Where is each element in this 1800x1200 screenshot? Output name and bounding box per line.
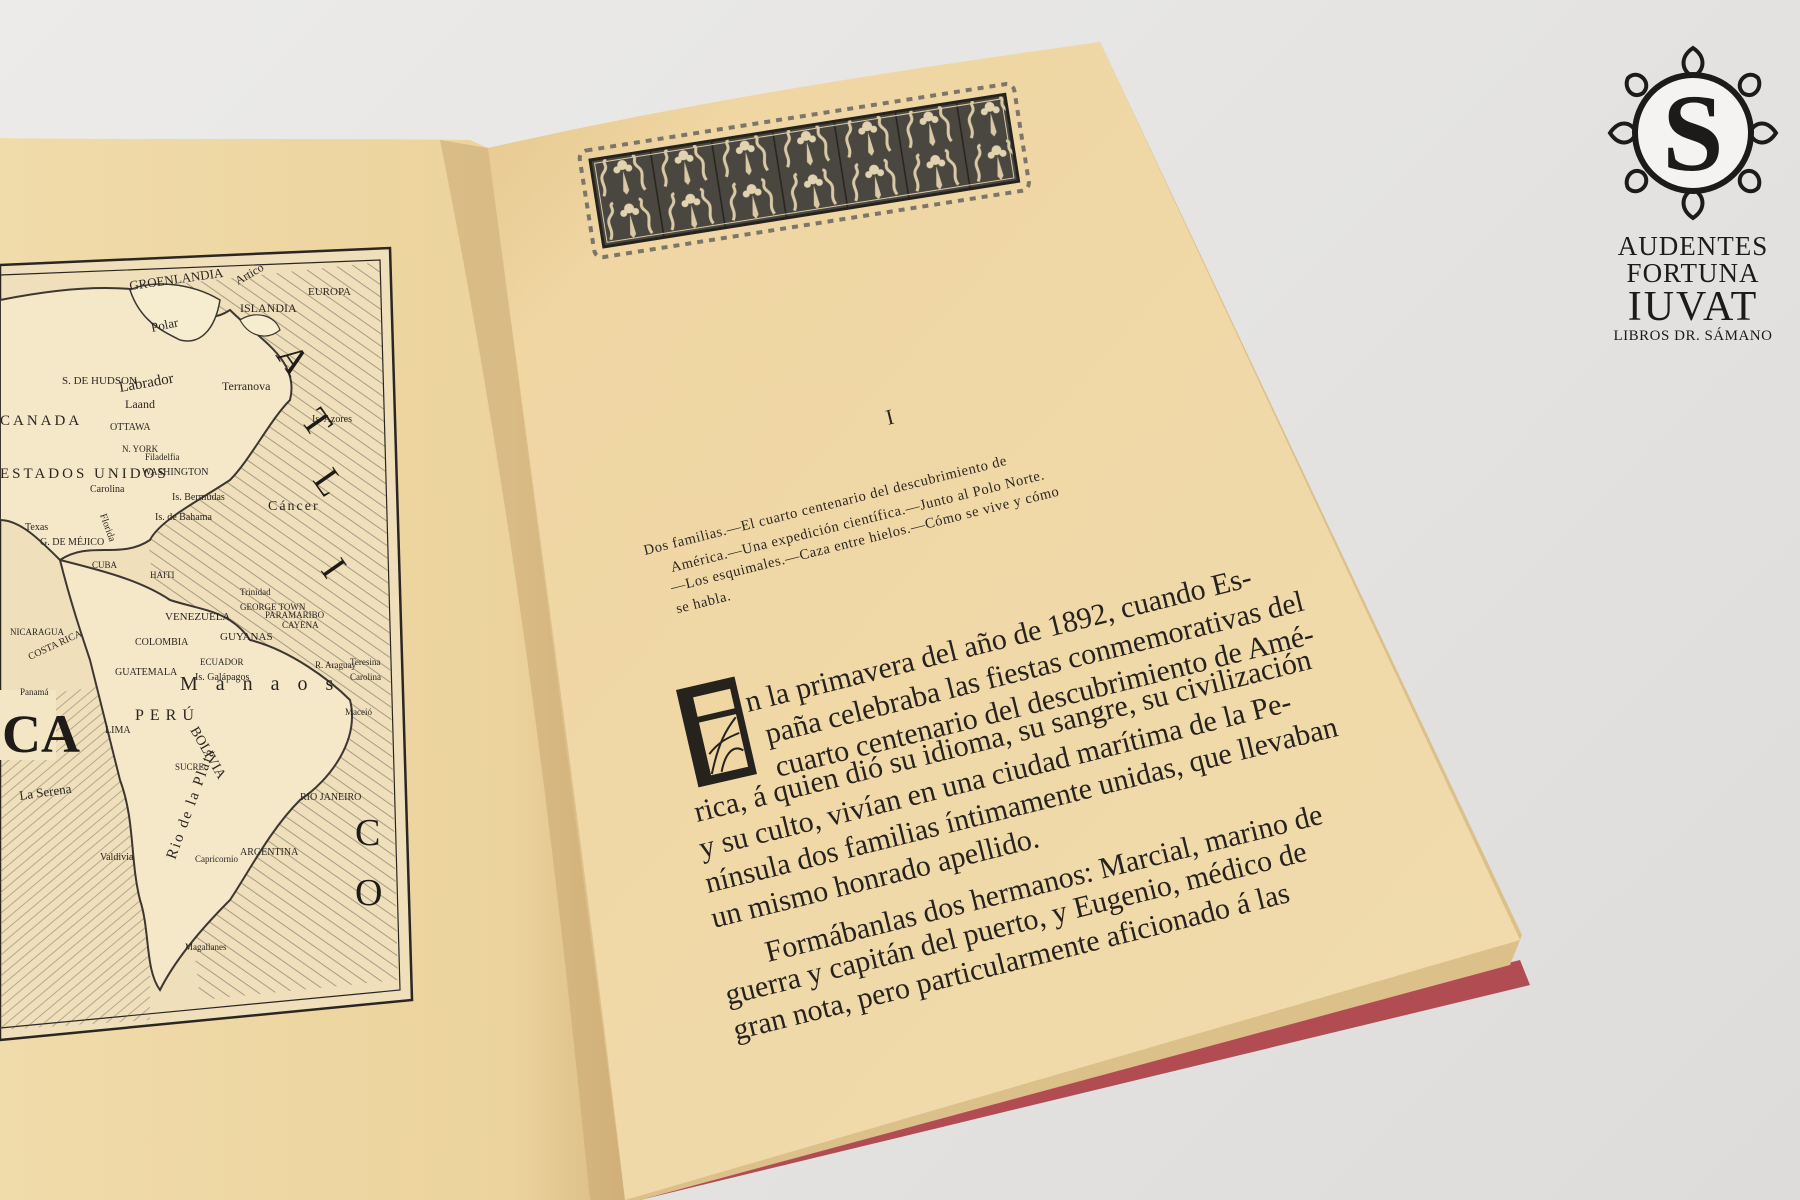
svg-text:CUBA: CUBA [92,560,118,570]
svg-text:Is. de Bahama: Is. de Bahama [155,512,212,523]
svg-text:Is. Bermudas: Is. Bermudas [172,492,225,503]
svg-text:C: C [355,812,380,854]
svg-text:CANADA: CANADA [0,413,82,429]
svg-text:GUATEMALA: GUATEMALA [115,667,178,678]
svg-text:Terranova: Terranova [222,379,271,393]
logo-line-iuvat: IUVAT [1598,287,1788,327]
svg-text:OTTAWA: OTTAWA [110,422,151,433]
svg-text:RIO JANEIRO: RIO JANEIRO [300,792,361,803]
svg-text:NICARAGUA: NICARAGUA [10,627,65,637]
map-title-fragment: CA [2,704,80,764]
svg-text:CAYENA: CAYENA [282,620,319,630]
svg-text:Valdivia: Valdivia [100,852,134,863]
svg-text:GUYANAS: GUYANAS [220,631,273,643]
svg-text:VENEZUELA: VENEZUELA [165,611,230,623]
svg-text:ISLANDIA: ISLANDIA [240,301,297,315]
svg-text:Manaos: Manaos [180,673,351,695]
svg-text:Capricornio: Capricornio [195,854,238,864]
svg-text:Cáncer: Cáncer [268,499,320,514]
svg-text:O: O [355,872,382,914]
svg-text:Teresina: Teresina [350,657,380,667]
svg-text:Carolina: Carolina [90,484,125,495]
svg-text:EUROPA: EUROPA [308,286,351,298]
svg-text:LIMA: LIMA [105,725,131,736]
svg-text:Laand: Laand [125,397,155,411]
svg-text:ARGENTINA: ARGENTINA [240,847,299,858]
watermark-logo: S AUDENTES FORTUNA IUVAT LIBROS DR. SÁMA… [1598,38,1788,345]
svg-text:Carolina: Carolina [350,672,381,682]
svg-text:S: S [1662,72,1723,194]
svg-text:Maceió: Maceió [345,707,372,717]
svg-text:ESTADOS UNIDOS: ESTADOS UNIDOS [0,466,169,482]
svg-text:PERÚ: PERÚ [135,705,200,724]
svg-text:Magallanes: Magallanes [185,942,227,952]
svg-text:Trinidad: Trinidad [240,587,271,597]
logo-line-fortuna: FORTUNA [1598,260,1788,287]
svg-text:Texas: Texas [25,522,48,533]
svg-text:ECUADOR: ECUADOR [200,657,244,667]
book-photo: CA GROENLANDIA Artico ISLANDIA EUROPA Po… [0,0,1800,1200]
svg-text:G. DE MÉJICO: G. DE MÉJICO [40,536,104,548]
map-of-america: CA GROENLANDIA Artico ISLANDIA EUROPA Po… [0,248,412,1040]
svg-text:S. DE HUDSON: S. DE HUDSON [62,375,137,387]
svg-text:COLOMBIA: COLOMBIA [135,637,189,648]
svg-text:HAITI: HAITI [150,570,175,580]
logo-line-audentes: AUDENTES [1598,233,1788,260]
logo-line-libros: LIBROS DR. SÁMANO [1598,327,1788,345]
svg-text:Panamá: Panamá [20,687,49,697]
svg-text:Filadelfia: Filadelfia [145,452,180,462]
monogram-emblem-icon: S [1598,38,1788,228]
svg-text:PARAMARIBO: PARAMARIBO [265,610,325,620]
